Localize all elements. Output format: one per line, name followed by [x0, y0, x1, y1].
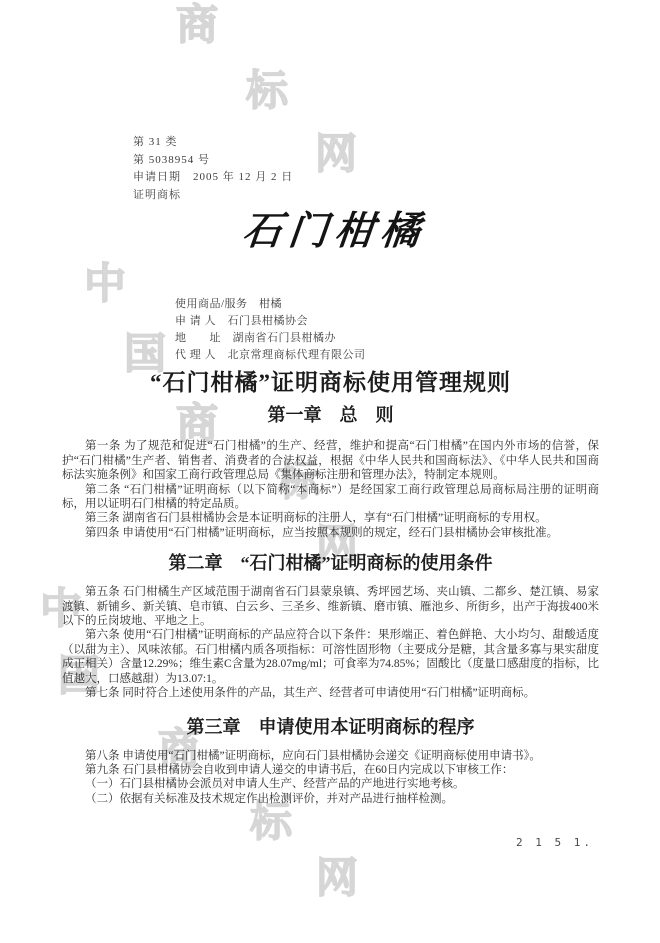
article-9-item-1: （一）石门县柑橘协会派员对申请人生产、经营产品的产地进行实地考核。 [62, 777, 599, 791]
goods-services-line: 使用商品/服务 柑橘 [175, 296, 366, 313]
article-7: 第七条 同时符合上述使用条件的产品，其生产、经营者可申请使用“石门柑橘”证明商标… [62, 686, 599, 700]
registration-info-block: 第 31 类 第 5038954 号 申请日期 2005 年 12 月 2 日 … [133, 134, 293, 204]
article-2: 第二条 “石门柑橘”证明商标（以下简称“本商标”）是经国家工商行政管理总局商标局… [62, 483, 599, 512]
article-6: 第六条 使用“石门柑橘”证明商标的产品应符合以下条件：果形端正、着色鲜艳、大小均… [62, 628, 599, 686]
trademark-brush-logo: 石门柑橘 [219, 196, 452, 260]
chapter2-heading: 第二章 “石门柑橘”证明商标的使用条件 [62, 551, 599, 575]
page-content: 第 31 类 第 5038954 号 申请日期 2005 年 12 月 2 日 … [0, 0, 660, 943]
class-line: 第 31 类 [133, 134, 293, 152]
applicant-info-block: 使用商品/服务 柑橘 申 请 人 石门县柑橘协会 地 址 湖南省石门县柑橘办 代… [175, 296, 366, 364]
article-9-item-2: （二）依据有关标准及技术规定作出检测评价，并对产品进行抽样检测。 [62, 792, 599, 806]
agent-line: 代 理 人 北京常理商标代理有限公司 [175, 347, 366, 364]
document-title: “石门柑橘”证明商标使用管理规则 [62, 376, 599, 390]
article-9: 第九条 石门县柑橘协会自收到申请人递交的申请书后，在60日内完成以下审核工作： [62, 763, 599, 777]
chapter1-heading: 第一章 总 则 [62, 403, 599, 427]
article-8: 第八条 申请使用“石门柑橘”证明商标，应向石门县柑橘协会递交《证明商标使用申请书… [62, 749, 599, 763]
gazette-page: 商标网中国商标网中国商标网 第 31 类 第 5038954 号 申请日期 20… [0, 0, 660, 943]
article-5: 第五条 石门柑橘生产区域范围于湖南省石门县蒙泉镇、秀坪园艺场、夹山镇、二都乡、楚… [62, 585, 599, 628]
application-date-line: 申请日期 2005 年 12 月 2 日 [133, 169, 293, 187]
chapter3-heading: 第三章 申请使用本证明商标的程序 [62, 715, 599, 739]
regulation-document: “石门柑橘”证明商标使用管理规则 第一章 总 则 第一条 为了规范和促进“石门柑… [62, 376, 599, 806]
article-4: 第四条 申请使用“石门柑橘”证明商标，应当按照本规则的规定，经石门县柑橘协会审核… [62, 526, 599, 540]
address-line: 地 址 湖南省石门县柑橘办 [175, 330, 366, 347]
article-1: 第一条 为了规范和促进“石门柑橘”的生产、经营，维护和提高“石门柑橘”在国内外市… [62, 439, 599, 482]
article-3: 第三条 湖南省石门县柑橘协会是本证明商标的注册人，享有“石门柑橘”证明商标的专用… [62, 511, 599, 525]
application-number-line: 第 5038954 号 [133, 152, 293, 170]
applicant-line: 申 请 人 石门县柑橘协会 [175, 313, 366, 330]
page-number: 2 1 5 1. [516, 836, 593, 849]
